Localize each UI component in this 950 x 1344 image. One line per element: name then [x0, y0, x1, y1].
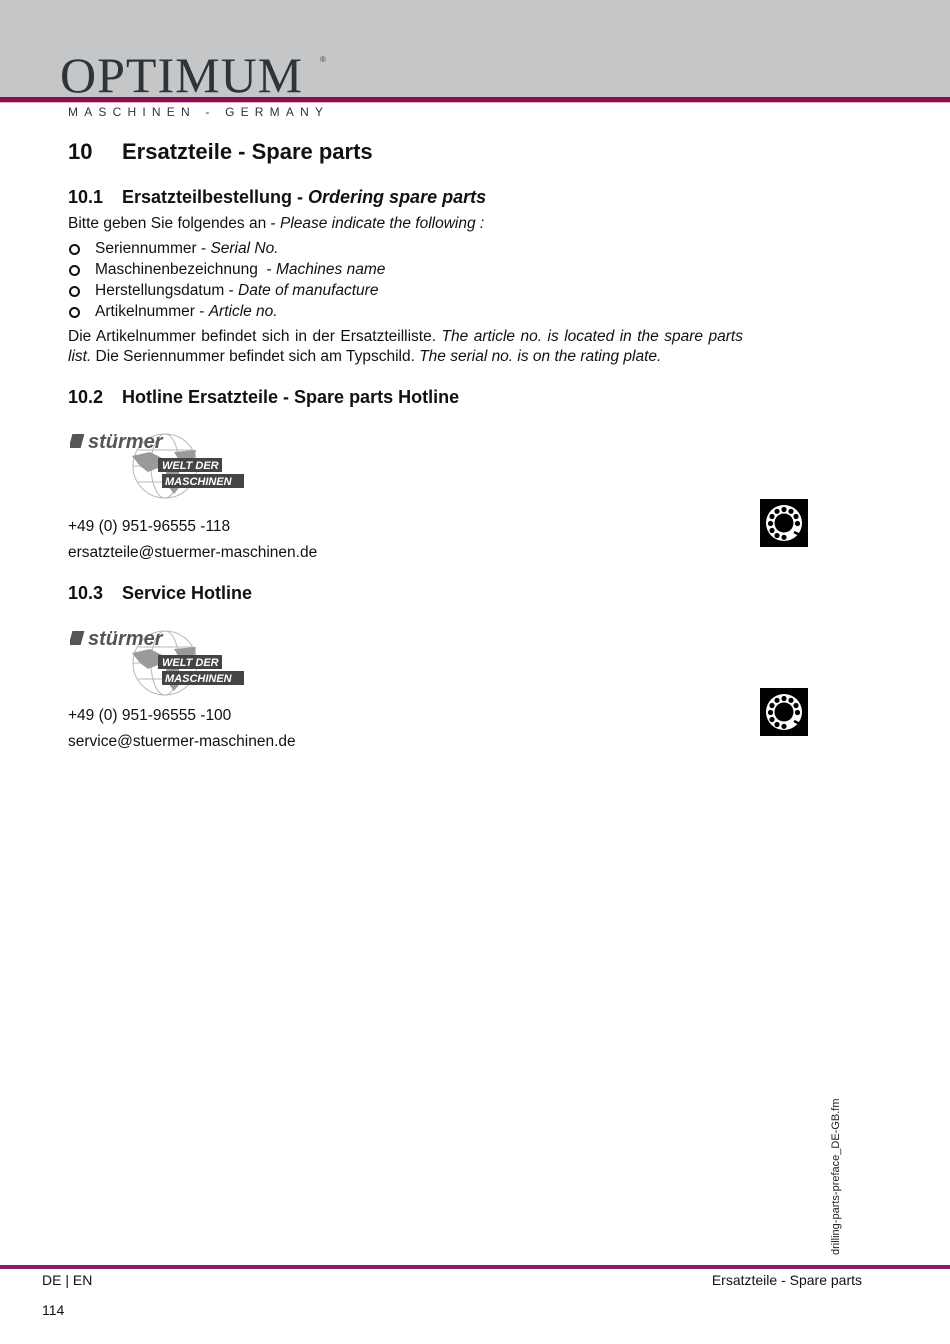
section-title: Service Hotline [122, 583, 252, 603]
list-item: Seriennummer - Serial No. [68, 239, 385, 260]
spare-parts-phone: +49 (0) 951-96555 -118 [68, 517, 230, 537]
circle-bullet-icon [69, 265, 80, 276]
circle-bullet-icon [69, 307, 80, 318]
section-number: 10.3 [68, 582, 122, 604]
stuermer-logo: stürmer WELT DER MASCHINEN [70, 428, 245, 500]
item-en: Date of manufacture [238, 282, 378, 299]
intro-de: Bitte geben Sie folgendes an - [68, 215, 280, 232]
footer-accent-rule [0, 1265, 950, 1269]
article-number-note: Die Artikelnummer befindet sich in der E… [68, 327, 743, 366]
service-email[interactable]: service@stuermer-maschinen.de [68, 732, 296, 752]
registered-mark: ® [320, 55, 326, 64]
chapter-heading: 10Ersatzteile - Spare parts [68, 139, 373, 165]
intro-en: Please indicate the following : [280, 215, 484, 232]
rotary-phone-dial-icon [760, 499, 808, 547]
svg-text:WELT DER: WELT DER [162, 460, 219, 472]
section-heading-service-hotline: 10.3Service Hotline [68, 582, 252, 604]
circle-bullet-icon [69, 286, 80, 297]
item-de: Herstellungsdatum - [95, 282, 238, 299]
item-en: Serial No. [210, 240, 278, 257]
section-heading-ordering: 10.1Ersatzteilbestellung - Ordering spar… [68, 186, 486, 208]
chapter-number: 10 [68, 139, 122, 165]
item-de: Seriennummer - [95, 240, 210, 257]
svg-text:WELT DER: WELT DER [162, 657, 219, 669]
ordering-intro: Bitte geben Sie folgendes an - Please in… [68, 214, 484, 234]
brand-logo: OPTIMUM [60, 52, 303, 98]
chapter-title: Ersatzteile - Spare parts [122, 139, 373, 164]
footer-section-title: Ersatzteile - Spare parts [712, 1272, 862, 1288]
section-heading-spare-parts-hotline: 10.2Hotline Ersatzteile - Spare parts Ho… [68, 386, 459, 408]
stuermer-logo: stürmer WELT DER MASCHINEN [70, 625, 245, 697]
section-number: 10.2 [68, 386, 122, 408]
section-title-de: Ersatzteilbestellung - [122, 187, 308, 207]
source-filename: drilling-parts-preface_DE-GB.fm [830, 1099, 842, 1256]
svg-text:MASCHINEN: MASCHINEN [165, 673, 233, 685]
svg-text:MASCHINEN: MASCHINEN [165, 476, 233, 488]
list-item: Artikelnummer - Article no. [68, 302, 385, 323]
note-en-2: The serial no. is on the rating plate. [419, 348, 661, 365]
section-number: 10.1 [68, 186, 122, 208]
svg-text:stürmer: stürmer [88, 628, 164, 650]
svg-text:stürmer: stürmer [88, 431, 164, 453]
required-info-list: Seriennummer - Serial No. Maschinenbezei… [68, 239, 385, 323]
rotary-phone-dial-icon [760, 688, 808, 736]
spare-parts-email[interactable]: ersatzteile@stuermer-maschinen.de [68, 543, 317, 563]
item-en: Article no. [209, 303, 278, 320]
list-item: Maschinenbezeichnung - Machines name [68, 260, 385, 281]
note-de-1: Die Artikelnummer befindet sich in der E… [68, 328, 442, 345]
page-number: 114 [42, 1302, 64, 1318]
footer-languages: DE | EN [42, 1272, 92, 1288]
circle-bullet-icon [69, 244, 80, 255]
section-title-en: Ordering spare parts [308, 187, 486, 207]
brand-tagline: MASCHINEN - GERMANY [68, 105, 329, 119]
item-de: Maschinenbezeichnung - [95, 261, 276, 278]
section-title: Hotline Ersatzteile - Spare parts Hotlin… [122, 387, 459, 407]
note-de-2: Die Seriennummer befindet sich am Typsch… [91, 348, 419, 365]
service-phone: +49 (0) 951-96555 -100 [68, 706, 231, 726]
list-item: Herstellungsdatum - Date of manufacture [68, 281, 385, 302]
item-en: Machines name [276, 261, 385, 278]
item-de: Artikelnummer - [95, 303, 209, 320]
